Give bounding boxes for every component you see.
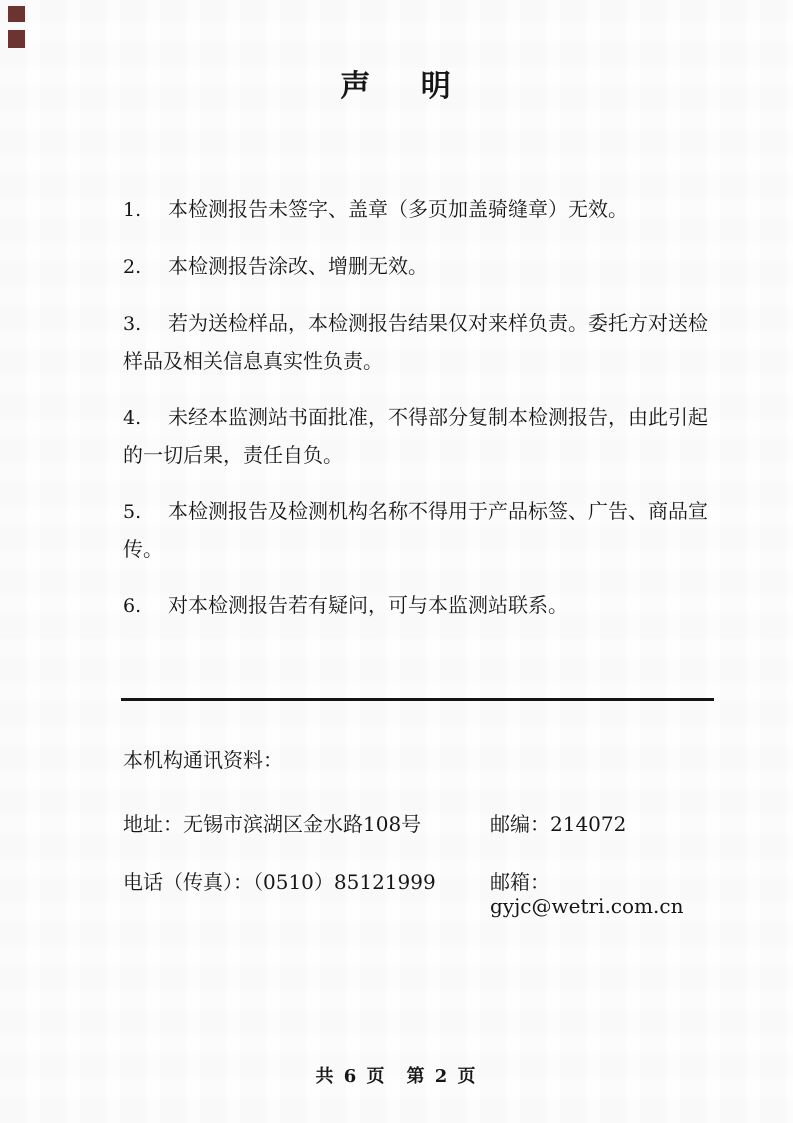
address-field: 地址：无锡市滨湖区金水路108号	[123, 812, 421, 836]
declaration-list: 1.本检测报告未签字、盖章（多页加盖骑缝章）无效。 2.本检测报告涂改、增删无效…	[123, 191, 715, 644]
address-label: 地址：	[123, 812, 183, 836]
postcode-value: 214072	[550, 812, 626, 836]
item-number: 5.	[123, 494, 168, 531]
phone-value: （0510）85121999	[253, 870, 436, 894]
item-number: 1.	[123, 192, 168, 229]
total-pages: 共 6 页	[315, 1066, 386, 1087]
declaration-item-2: 2.本检测报告涂改、增删无效。	[123, 248, 715, 286]
item-number: 4.	[123, 400, 168, 437]
email-field: 邮箱：gyjc@wetri.com.cn	[490, 870, 715, 918]
item-text: 本检测报告涂改、增删无效。	[168, 254, 428, 278]
item-text: 本检测报告未签字、盖章（多页加盖骑缝章）无效。	[168, 197, 628, 221]
declaration-item-5: 5.本检测报告及检测机构名称不得用于产品标签、广告、商品宣传。	[123, 493, 715, 568]
item-text: 未经本监测站书面批准，不得部分复制本检测报告，由此引起的一切后果，责任自负。	[123, 405, 708, 467]
item-text: 对本检测报告若有疑问，可与本监测站联系。	[168, 593, 568, 617]
declaration-item-4: 4.未经本监测站书面批准，不得部分复制本检测报告，由此引起的一切后果，责任自负。	[123, 399, 715, 474]
postcode-label: 邮编：	[490, 812, 550, 836]
postcode-field: 邮编：214072	[490, 812, 626, 836]
contact-row-address: 地址：无锡市滨湖区金水路108号 邮编：214072	[123, 812, 715, 836]
item-number: 2.	[123, 249, 168, 286]
phone-label: 电话（传真）：	[123, 870, 253, 894]
divider-line	[121, 698, 714, 701]
address-value: 无锡市滨湖区金水路108号	[183, 812, 421, 836]
item-text: 本检测报告及检测机构名称不得用于产品标签、广告、商品宣传。	[123, 499, 708, 561]
item-number: 3.	[123, 306, 168, 343]
corner-stamp-mark-top	[8, 6, 25, 22]
corner-stamp-mark-bottom	[8, 30, 25, 48]
page-title: 声 明	[0, 70, 793, 104]
email-value: gyjc@wetri.com.cn	[490, 894, 683, 918]
page-footer: 共 6 页第 2 页	[0, 1062, 793, 1088]
declaration-item-1: 1.本检测报告未签字、盖章（多页加盖骑缝章）无效。	[123, 191, 715, 229]
declaration-item-6: 6.对本检测报告若有疑问，可与本监测站联系。	[123, 587, 715, 625]
phone-field: 电话（传真）：（0510）85121999	[123, 870, 436, 894]
item-text: 若为送检样品，本检测报告结果仅对来样负责。委托方对送检样品及相关信息真实性负责。	[123, 311, 708, 373]
declaration-item-3: 3.若为送检样品，本检测报告结果仅对来样负责。委托方对送检样品及相关信息真实性负…	[123, 305, 715, 380]
report-declaration-page: 声 明 1.本检测报告未签字、盖章（多页加盖骑缝章）无效。 2.本检测报告涂改、…	[0, 0, 793, 1123]
contact-heading: 本机构通讯资料：	[123, 748, 283, 772]
item-number: 6.	[123, 588, 168, 625]
email-label: 邮箱：	[490, 870, 550, 894]
contact-row-phone: 电话（传真）：（0510）85121999 邮箱：gyjc@wetri.com.…	[123, 870, 715, 894]
current-page: 第 2 页	[407, 1066, 478, 1087]
